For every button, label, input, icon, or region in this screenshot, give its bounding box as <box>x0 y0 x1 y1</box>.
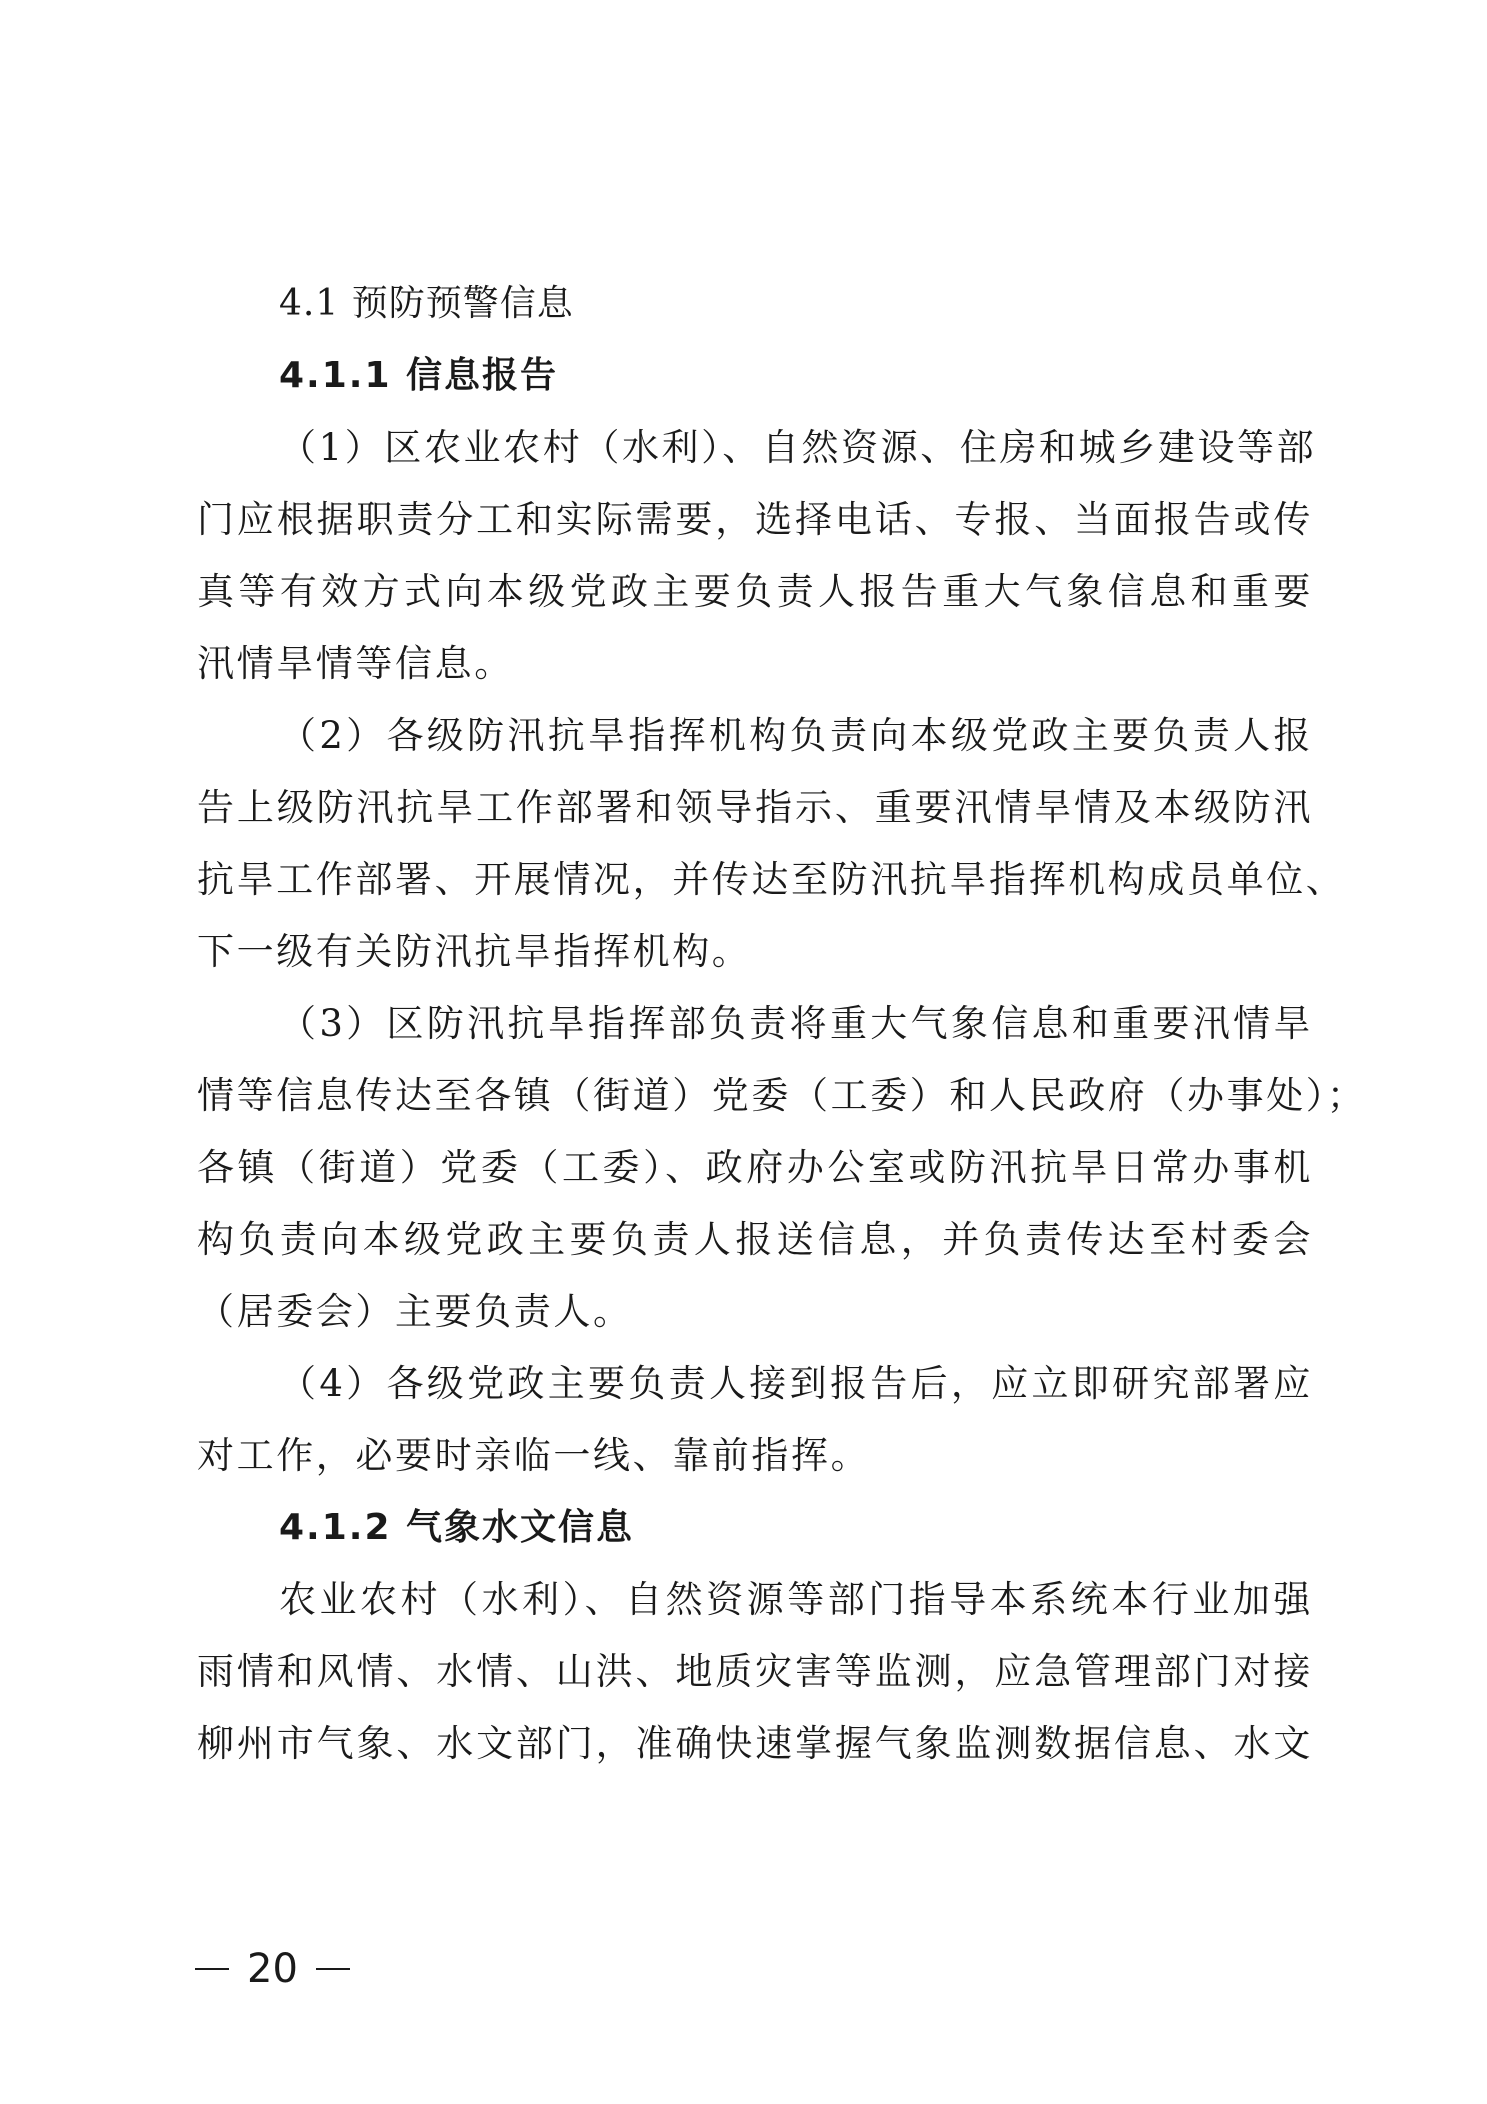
paragraph-line: 构负责向本级党政主要负责人报送信息，并负责传达至村委会 <box>197 1204 1313 1276</box>
paragraph-line: 各镇（街道）党委（工委）、政府办公室或防汛抗旱日常办事机 <box>197 1132 1313 1204</box>
paragraph-line: （1）区农业农村（水利）、自然资源、住房和城乡建设等部 <box>197 412 1313 484</box>
section-heading: 4.1 预防预警信息 <box>197 268 1313 340</box>
paragraph-line: 下一级有关防汛抗旱指挥机构。 <box>197 916 1313 988</box>
paragraph-line: （3）区防汛抗旱指挥部负责将重大气象信息和重要汛情旱 <box>197 988 1313 1060</box>
page-number-value: 20 <box>247 1944 298 1994</box>
paragraph-1: （1）区农业农村（水利）、自然资源、住房和城乡建设等部 门应根据职责分工和实际需… <box>197 412 1313 700</box>
subsection-heading-info-report: 4.1.1 信息报告 <box>197 340 1313 412</box>
paragraph-line: 情等信息传达至各镇（街道）党委（工委）和人民政府（办事处）； <box>197 1060 1313 1132</box>
paragraph-line: 柳州市气象、水文部门，准确快速掌握气象监测数据信息、水文 <box>197 1708 1313 1780</box>
paragraph-line: 汛情旱情等信息。 <box>197 628 1313 700</box>
paragraph-line: （居委会）主要负责人。 <box>197 1276 1313 1348</box>
page-number-dash-left <box>195 1968 229 1970</box>
paragraph-3: （3）区防汛抗旱指挥部负责将重大气象信息和重要汛情旱 情等信息传达至各镇（街道）… <box>197 988 1313 1348</box>
page-number: 20 <box>195 1944 350 1994</box>
paragraph-line: 门应根据职责分工和实际需要，选择电话、专报、当面报告或传 <box>197 484 1313 556</box>
paragraph-line: 告上级防汛抗旱工作部署和领导指示、重要汛情旱情及本级防汛 <box>197 772 1313 844</box>
paragraph-line: 农业农村（水利）、自然资源等部门指导本系统本行业加强 <box>197 1564 1313 1636</box>
document-page: 4.1 预防预警信息 4.1.1 信息报告 （1）区农业农村（水利）、自然资源、… <box>0 0 1487 2104</box>
paragraph-line: 抗旱工作部署、开展情况，并传达至防汛抗旱指挥机构成员单位、 <box>197 844 1313 916</box>
page-number-dash-right <box>316 1968 350 1970</box>
document-body: 4.1 预防预警信息 4.1.1 信息报告 （1）区农业农村（水利）、自然资源、… <box>197 268 1313 1780</box>
paragraph-line: （4）各级党政主要负责人接到报告后，应立即研究部署应 <box>197 1348 1313 1420</box>
paragraph-4: （4）各级党政主要负责人接到报告后，应立即研究部署应 对工作，必要时亲临一线、靠… <box>197 1348 1313 1492</box>
paragraph-2: （2）各级防汛抗旱指挥机构负责向本级党政主要负责人报 告上级防汛抗旱工作部署和领… <box>197 700 1313 988</box>
paragraph-5: 农业农村（水利）、自然资源等部门指导本系统本行业加强 雨情和风情、水情、山洪、地… <box>197 1564 1313 1780</box>
paragraph-line: 雨情和风情、水情、山洪、地质灾害等监测，应急管理部门对接 <box>197 1636 1313 1708</box>
paragraph-line: 对工作，必要时亲临一线、靠前指挥。 <box>197 1420 1313 1492</box>
subsection-heading-weather-hydrology: 4.1.2 气象水文信息 <box>197 1492 1313 1564</box>
paragraph-line: 真等有效方式向本级党政主要负责人报告重大气象信息和重要 <box>197 556 1313 628</box>
paragraph-line: （2）各级防汛抗旱指挥机构负责向本级党政主要负责人报 <box>197 700 1313 772</box>
